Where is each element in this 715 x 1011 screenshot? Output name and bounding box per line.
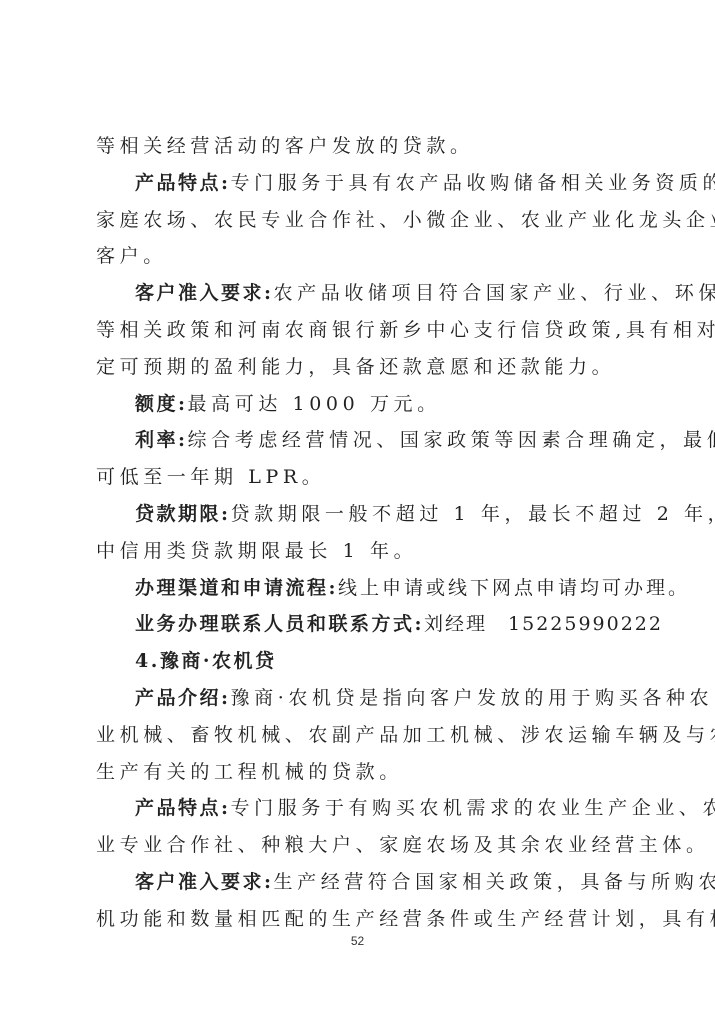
field-label: 客户准入要求: [135,871,274,893]
text-line: 额度:最高可达 1000 万元。 [96,386,624,423]
text-line: 生产有关的工程机械的贷款。 [96,754,624,791]
text-line: 产品特点:专门服务于有购买农机需求的农业生产企业、农 [96,790,624,827]
text-line: 客户。 [96,238,624,275]
line-text: 线上申请或线下网点申请均可办理。 [338,577,690,599]
text-line: 定可预期的盈利能力，具备还款意愿和还款能力。 [96,349,624,386]
line-text: 专门服务于具有农产品收购储备相关业务资质的 [231,172,715,194]
line-text: 豫商·农机贷是指向客户发放的用于购买各种农 [231,687,714,709]
line-text: 贷款期限一般不超过 1 年，最长不超过 2 年，其 [231,503,715,525]
field-label: 贷款期限: [135,503,231,525]
field-label: 产品特点: [135,797,231,819]
line-text: 生产有关的工程机械的贷款。 [96,761,403,783]
line-text: 客户。 [96,245,167,267]
text-line: 可低至一年期 LPR。 [96,459,624,496]
line-text: 业机械、畜牧机械、农副产品加工机械、涉农运输车辆及与农业 [96,724,715,746]
line-text: 机功能和数量相匹配的生产经营条件或生产经营计划，具有相对 [96,908,715,930]
text-line: 业专业合作社、种粮大户、家庭农场及其余农业经营主体。 [96,827,624,864]
field-label: 客户准入要求: [135,282,274,304]
text-line: 产品介绍:豫商·农机贷是指向客户发放的用于购买各种农 [96,680,624,717]
line-text: 中信用类贷款期限最长 1 年。 [96,540,417,562]
text-line: 等相关经营活动的客户发放的贷款。 [96,128,624,165]
text-line: 产品特点:专门服务于具有农产品收购储备相关业务资质的 [96,165,624,202]
line-text: 农产品收储项目符合国家产业、行业、环保 [274,282,715,304]
page-number: 52 [0,934,715,948]
text-line: 等相关政策和河南农商银行新乡中心支行信贷政策,具有相对稳 [96,312,624,349]
line-text: 可低至一年期 LPR。 [96,466,325,488]
field-label: 产品特点: [135,172,231,194]
contact-text: 刘经理 15225990222 [424,613,663,635]
line-text: 家庭农场、农民专业合作社、小微企业、农业产业化龙头企业等 [96,209,715,231]
line-text: 专门服务于有购买农机需求的农业生产企业、农 [231,797,715,819]
line-text: 等相关经营活动的客户发放的贷款。 [96,135,474,157]
section-title: 4.豫商·农机贷 [135,650,276,672]
text-line: 利率:综合考虑经营情况、国家政策等因素合理确定，最低 [96,422,624,459]
line-text: 业专业合作社、种粮大户、家庭农场及其余农业经营主体。 [96,834,710,856]
text-line: 机功能和数量相匹配的生产经营条件或生产经营计划，具有相对 [96,901,624,938]
text-line: 办理渠道和申请流程:线上申请或线下网点申请均可办理。 [96,570,624,607]
line-text: 最高可达 1000 万元。 [188,393,441,415]
document-body: 等相关经营活动的客户发放的贷款。 产品特点:专门服务于具有农产品收购储备相关业务… [96,128,624,938]
text-line: 中信用类贷款期限最长 1 年。 [96,533,624,570]
field-label: 额度: [135,393,188,415]
text-line: 贷款期限:贷款期限一般不超过 1 年，最长不超过 2 年，其 [96,496,624,533]
line-text: 定可预期的盈利能力，具备还款意愿和还款能力。 [96,356,615,378]
text-line: 业务办理联系人员和联系方式:刘经理 15225990222 [96,606,624,643]
line-text: 生产经营符合国家相关政策，具备与所购农 [274,871,715,893]
section-heading: 4.豫商·农机贷 [96,643,624,680]
field-label: 办理渠道和申请流程: [135,577,338,599]
line-text: 综合考虑经营情况、国家政策等因素合理确定，最低 [188,429,715,451]
field-label: 利率: [135,429,188,451]
text-line: 业机械、畜牧机械、农副产品加工机械、涉农运输车辆及与农业 [96,717,624,754]
text-line: 家庭农场、农民专业合作社、小微企业、农业产业化龙头企业等 [96,202,624,239]
text-line: 客户准入要求:生产经营符合国家相关政策，具备与所购农 [96,864,624,901]
field-label: 产品介绍: [135,687,231,709]
line-text: 等相关政策和河南农商银行新乡中心支行信贷政策,具有相对稳 [96,319,715,341]
text-line: 客户准入要求:农产品收储项目符合国家产业、行业、环保 [96,275,624,312]
field-label: 业务办理联系人员和联系方式: [135,613,424,635]
